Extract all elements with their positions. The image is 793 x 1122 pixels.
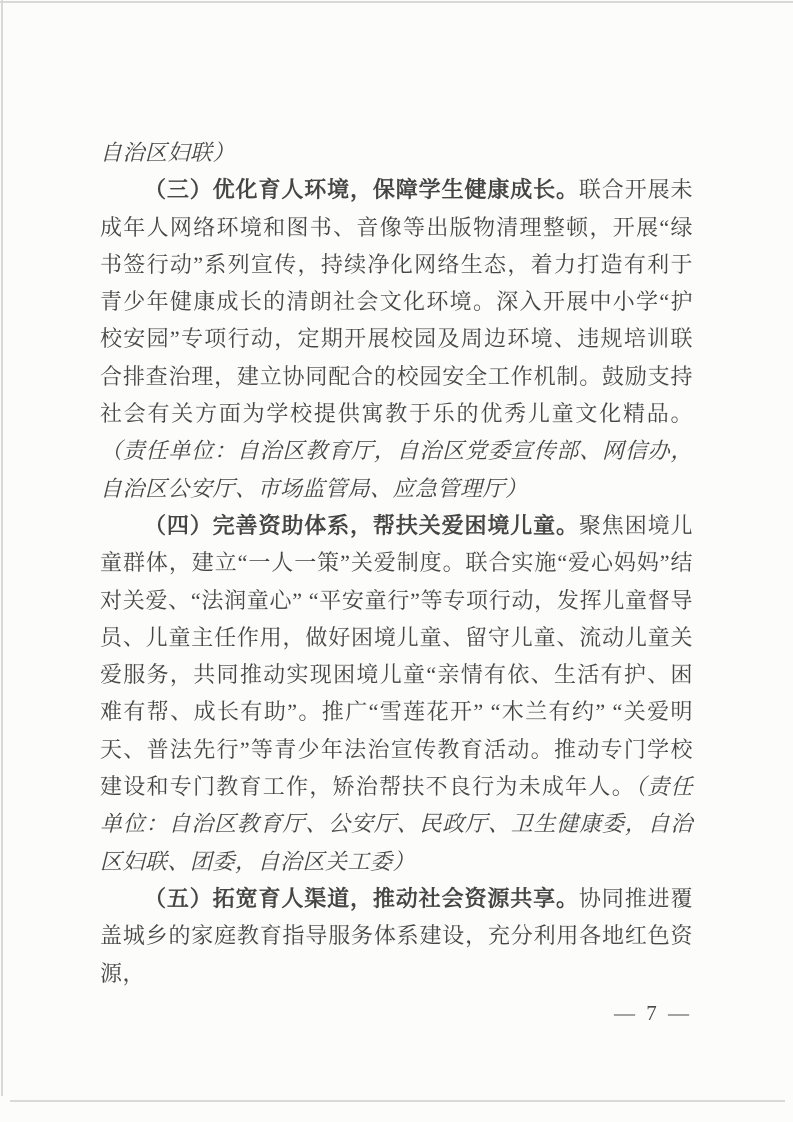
page-edge-top xyxy=(0,1,793,3)
paragraph-continuation: 自治区妇联） xyxy=(100,134,693,171)
document-body: 自治区妇联） （三）优化育人环境，保障学生健康成长。联合开展未成年人网络环境和图… xyxy=(100,134,693,992)
section-3-responsibility: （责任单位：自治区教育厅，自治区党委宣传部、网信办，自治区公安厅、市场监管局、应… xyxy=(100,438,693,500)
page-number: — 7 — xyxy=(614,1001,692,1026)
section-4-heading: （四）完善资助体系，帮扶关爱困境儿童。 xyxy=(144,513,579,538)
section-3-body: 联合开展未成年人网络环境和图书、音像等出版物清理整顿，开展“绿书签行动”系列宣传… xyxy=(100,177,693,426)
section-4-paragraph: （四）完善资助体系，帮扶关爱困境儿童。聚焦困境儿童群体，建立“一人一策”关爱制度… xyxy=(100,507,693,880)
section-5-heading: （五）拓宽育人渠道，推动社会资源共享。 xyxy=(144,886,579,911)
page-edge-left xyxy=(1,0,3,1096)
page-edge-bottom xyxy=(10,1100,785,1102)
section-5-paragraph: （五）拓宽育人渠道，推动社会资源共享。协同推进覆盖城乡的家庭教育指导服务体系建设… xyxy=(100,880,693,992)
section-4-body: 聚焦困境儿童群体，建立“一人一策”关爱制度。联合实施“爱心妈妈”结对关爱、“法润… xyxy=(100,513,693,799)
section-3-heading: （三）优化育人环境，保障学生健康成长。 xyxy=(144,177,579,202)
section-3-paragraph: （三）优化育人环境，保障学生健康成长。联合开展未成年人网络环境和图书、音像等出版… xyxy=(100,171,693,507)
document-page: 自治区妇联） （三）优化育人环境，保障学生健康成长。联合开展未成年人网络环境和图… xyxy=(0,0,793,1122)
